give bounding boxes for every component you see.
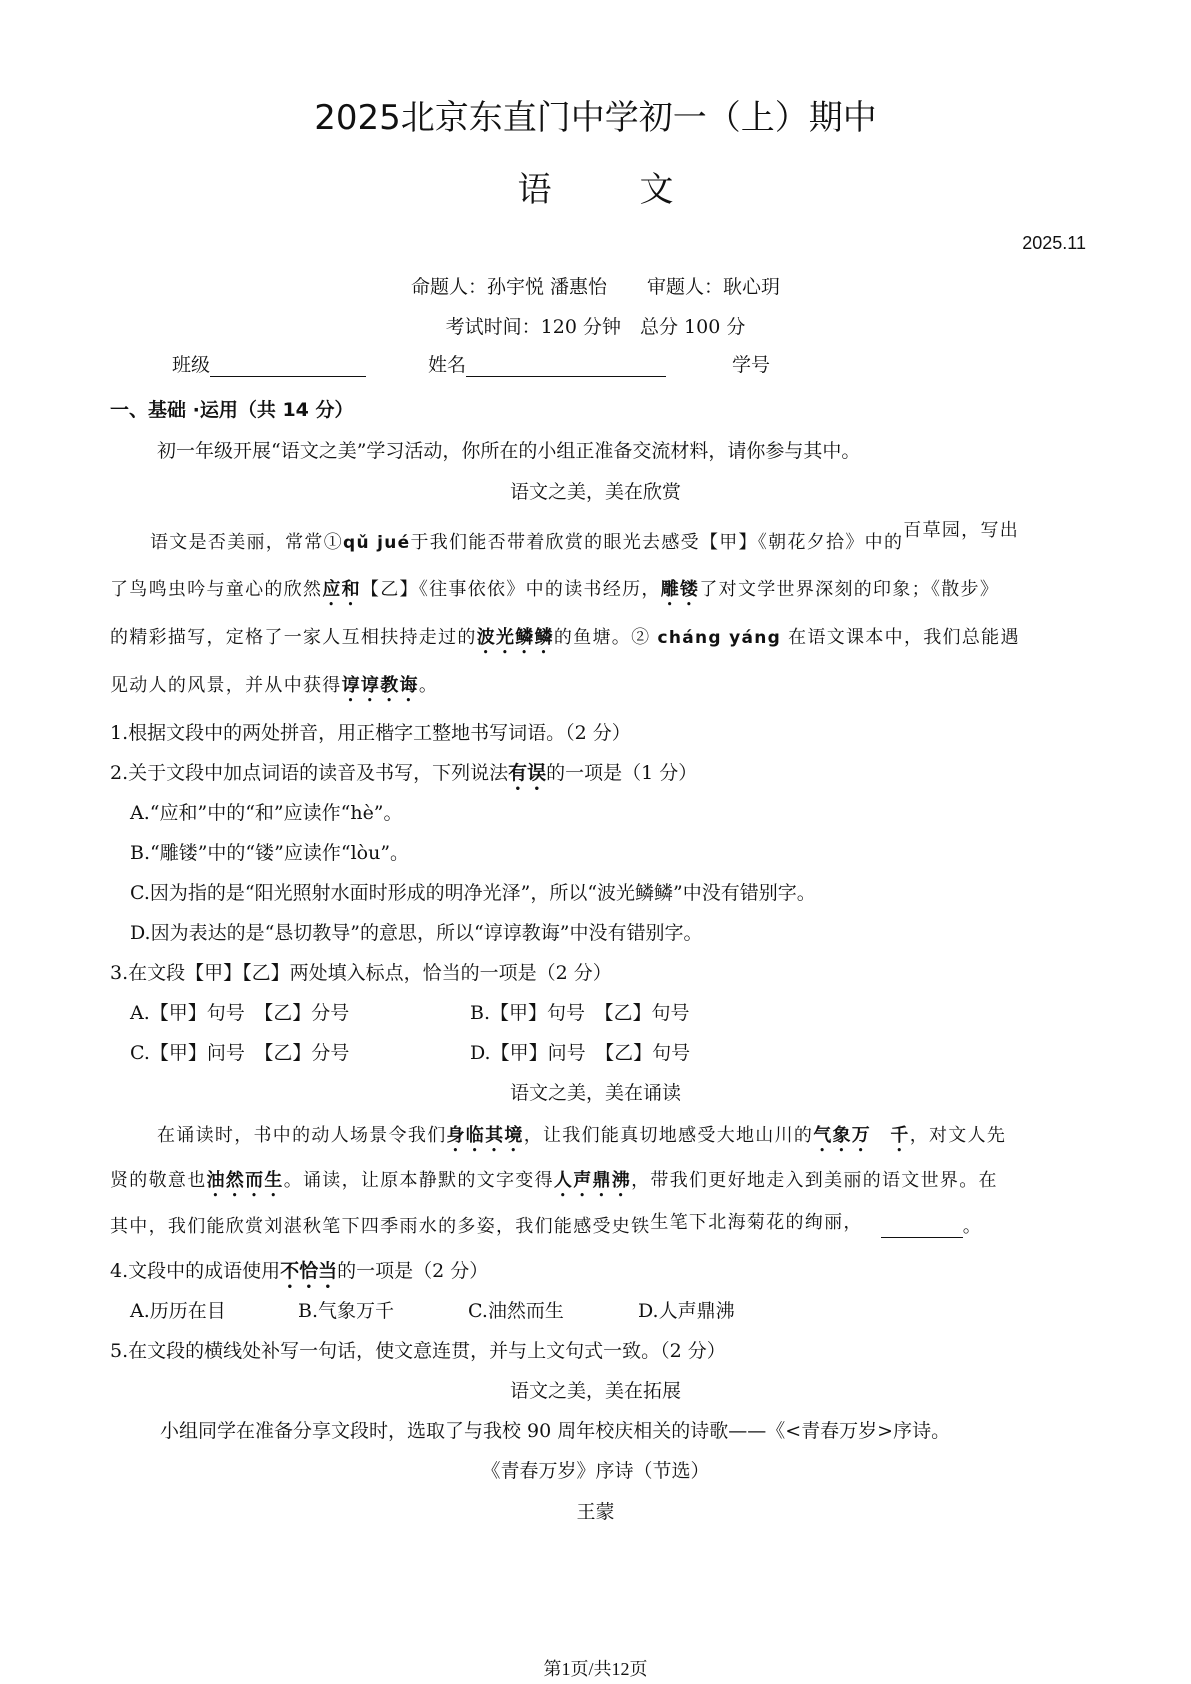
text: ，让我们能真切地感受大地山川的 — [524, 1125, 814, 1146]
text: 于我们能否带着欣赏的眼光去感受【甲】《朝花夕拾》中的 — [410, 532, 903, 553]
q2-option-c[interactable]: C.因为指的是“阳光照射水面时形成的明净光泽”，所以“波光鳞鳞”中没有错别字。 — [130, 878, 816, 905]
part3-intro: 小组同学在准备分享文段时，选取了与我校 90 周年校庆相关的诗歌——《<青春万岁… — [160, 1416, 950, 1443]
student-info-fields: 班级姓名学号 — [172, 350, 770, 377]
question-4: 4.文段中的成语使用不恰当的一项是（2 分） — [110, 1256, 488, 1293]
q4-option-a[interactable]: A.历历在目 — [130, 1300, 226, 1322]
subject-char-1: 语 — [518, 162, 552, 211]
dotted-word: 应和 — [322, 579, 361, 600]
emphasis: 不恰当 — [280, 1260, 337, 1282]
class-label: 班级 — [172, 354, 210, 376]
dotted-word: 气象万 千 — [813, 1125, 910, 1146]
text: ，带我们更好地走入到美丽的语文世界。在 — [631, 1170, 998, 1191]
passage2-line2: 贤的敬意也油然而生。诵读，让原本静默的文字变得人声鼎沸，带我们更好地走入到美丽的… — [110, 1166, 998, 1201]
reviewer: 审题人：耿心玥 — [647, 276, 780, 298]
text: 【乙】《往事依依》中的读书经历， — [361, 579, 661, 600]
text: 的鱼塘。② — [554, 627, 651, 648]
dotted-word: 人声鼎沸 — [554, 1170, 631, 1191]
passage1-line3: 的精彩描写，定格了一家人互相扶持走过的波光鳞鳞的鱼塘。② cháng yáng … — [110, 623, 1020, 658]
section-intro: 初一年级开展“语文之美”学习活动，你所在的小组正准备交流材料，请你参与其中。 — [157, 436, 860, 463]
subheading-extension: 语文之美，美在拓展 — [0, 1376, 1191, 1403]
q4-options: A.历历在目B.气象万千C.油然而生D.人声鼎沸 — [130, 1296, 226, 1323]
passage1-line4: 见动人的风景，并从中获得谆谆教诲。 — [110, 671, 438, 706]
text: 生笔下北海菊花的绚丽， — [650, 1212, 862, 1233]
subheading-appreciation: 语文之美，美在欣赏 — [0, 477, 1191, 504]
text: 了鸟鸣虫吟与童心的欣然 — [110, 579, 322, 600]
text: 语文是否美丽，常常① — [150, 532, 343, 553]
poem-title: 《青春万岁》序诗（节选） — [0, 1456, 1191, 1483]
text: 的一项是（2 分） — [337, 1260, 488, 1282]
dotted-word: 波光鳞鳞 — [477, 627, 554, 648]
class-field[interactable] — [210, 356, 366, 377]
text: 其中，我们能欣赏刘湛秋笔下四季雨水的多姿，我们能感受史铁 — [110, 1216, 650, 1237]
text: 百草园，写出 — [903, 520, 1019, 541]
section-heading: 一、基础 ·运用（共 14 分） — [110, 395, 354, 422]
text: 4.文段中的成语使用 — [110, 1260, 280, 1282]
pinyin-2: cháng yáng — [657, 628, 781, 648]
passage2-line1: 在诵读时，书中的动人场景令我们身临其境，让我们能真切地感受大地山川的气象万 千，… — [157, 1121, 1006, 1156]
passage2-line3: 其中，我们能欣赏刘湛秋笔下四季雨水的多姿，我们能感受史铁生笔下北海菊花的绚丽，。 — [110, 1212, 982, 1238]
q4-option-d[interactable]: D.人声鼎沸 — [638, 1296, 735, 1323]
q2-option-a[interactable]: A.“应和”中的“和”应读作“hè”。 — [130, 798, 403, 825]
text: 。 — [963, 1216, 982, 1237]
passage1-line1: 语文是否美丽，常常①qǔ jué于我们能否带着欣赏的眼光去感受【甲】《朝花夕拾》… — [150, 528, 1019, 554]
question-3: 3.在文段【甲】【乙】两处填入标点，恰当的一项是（2 分） — [110, 958, 612, 985]
q3-option-a[interactable]: A.【甲】句号 【乙】分号 — [130, 1002, 349, 1024]
passage1-line2: 了鸟鸣虫吟与童心的欣然应和【乙】《往事依依》中的读书经历，雕镂了对文学世界深刻的… — [110, 575, 999, 610]
dotted-word: 雕镂 — [661, 579, 700, 600]
text: 的一项是（1 分） — [546, 762, 697, 784]
text: 2.关于文段中加点词语的读音及书写，下列说法 — [110, 762, 508, 784]
name-field[interactable] — [466, 356, 666, 377]
dotted-word: 身临其境 — [447, 1125, 524, 1146]
setters: 命题人：孙宇悦 潘惠怡 — [411, 276, 607, 298]
text: 的精彩描写，定格了一家人互相扶持走过的 — [110, 627, 477, 648]
q3-option-b[interactable]: B.【甲】句号 【乙】句号 — [470, 998, 690, 1025]
question-5: 5.在文段的横线处补写一句话，使文意连贯，并与上文句式一致。（2 分） — [110, 1336, 726, 1363]
answer-blank[interactable] — [881, 1221, 963, 1238]
q2-option-d[interactable]: D.因为表达的是“恳切教导”的意思，所以“谆谆教诲”中没有错别字。 — [130, 918, 702, 945]
dotted-word: 油然而生 — [207, 1170, 284, 1191]
q4-option-c[interactable]: C.油然而生 — [468, 1296, 564, 1323]
exam-info: 考试时间：120 分钟 总分 100 分 — [0, 312, 1191, 339]
poem-author: 王蒙 — [0, 1497, 1191, 1524]
text: 了对文学世界深刻的印象；《散步》 — [699, 579, 999, 600]
text: 。 — [419, 675, 438, 696]
subheading-recitation: 语文之美，美在诵读 — [0, 1078, 1191, 1105]
student-id-label: 学号 — [732, 354, 770, 376]
question-2: 2.关于文段中加点词语的读音及书写，下列说法有误的一项是（1 分） — [110, 758, 697, 795]
q3-options-row1: A.【甲】句号 【乙】分号B.【甲】句号 【乙】句号 — [130, 998, 349, 1025]
exam-date: 2025.11 — [1022, 233, 1086, 254]
exam-title: 2025北京东直门中学初一（上）期中 — [0, 90, 1191, 139]
emphasis: 有误 — [508, 762, 546, 784]
q4-option-b[interactable]: B.气象万千 — [298, 1296, 394, 1323]
name-label: 姓名 — [428, 354, 466, 376]
subject-title: 语文 — [0, 162, 1191, 211]
page-number: 第1页/共12页 — [0, 1655, 1191, 1681]
text: 贤的敬意也 — [110, 1170, 207, 1191]
q2-option-b[interactable]: B.“雕镂”中的“镂”应读作“lòu”。 — [130, 838, 409, 865]
text: ，对文人先 — [910, 1125, 1007, 1146]
text: 。诵读，让原本静默的文字变得 — [284, 1170, 554, 1191]
pinyin-1: qǔ jué — [343, 533, 410, 553]
question-1: 1.根据文段中的两处拼音，用正楷字工整地书写词语。（2 分） — [110, 718, 631, 745]
q3-option-c[interactable]: C.【甲】问号 【乙】分号 — [130, 1042, 349, 1064]
q3-options-row2: C.【甲】问号 【乙】分号D.【甲】问号 【乙】句号 — [130, 1038, 349, 1065]
q3-option-d[interactable]: D.【甲】问号 【乙】句号 — [470, 1038, 690, 1065]
dotted-word: 谆谆教诲 — [342, 675, 419, 696]
text: 见动人的风景，并从中获得 — [110, 675, 342, 696]
text: 在诵读时，书中的动人场景令我们 — [157, 1125, 447, 1146]
setters-line: 命题人：孙宇悦 潘惠怡审题人：耿心玥 — [0, 272, 1191, 299]
subject-char-2: 文 — [640, 162, 674, 211]
text: 在语文课本中，我们总能遇 — [788, 627, 1020, 648]
